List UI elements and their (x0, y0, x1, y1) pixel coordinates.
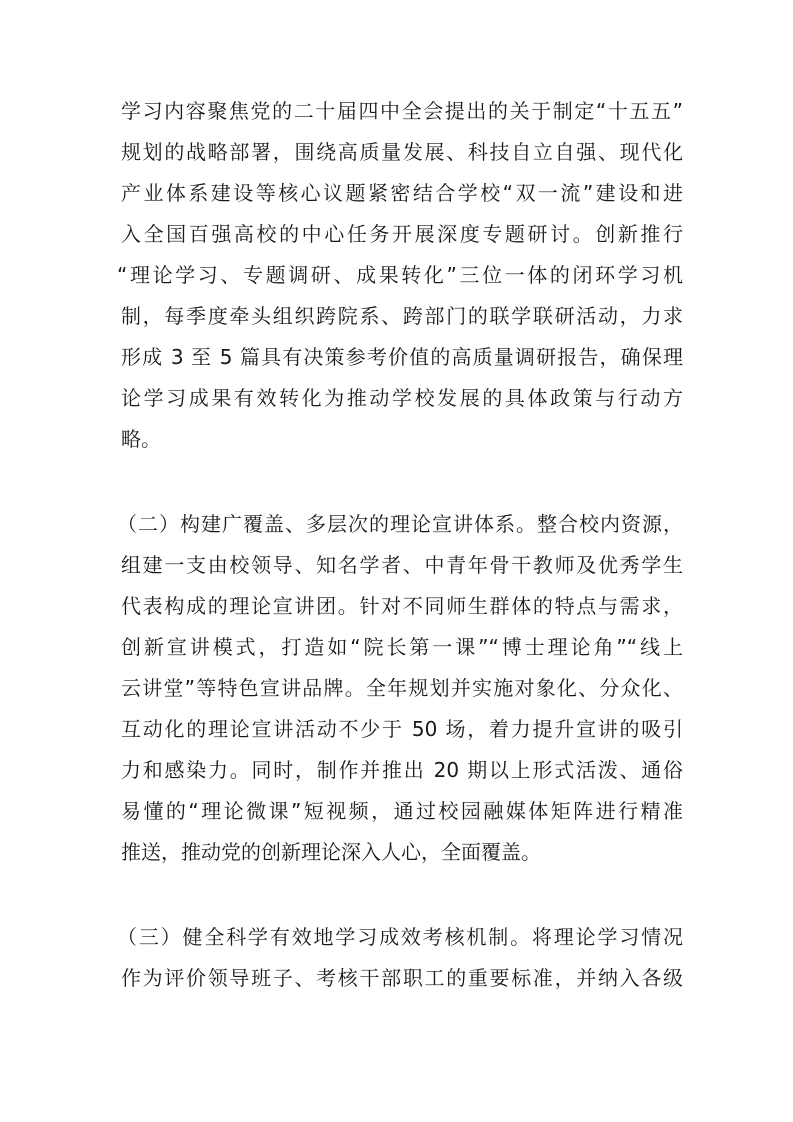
text-line: 形成 3 至 5 篇具有决策参考价值的高质量调研报告，确保理 (121, 345, 683, 369)
text-line: 云讲堂”等特色宣讲品牌。全年规划并实施对象化、分众化、 (121, 676, 683, 700)
document-page: 学习内容聚焦党的二十届四中全会提出的关于制定“十五五” 规划的战略部署，围绕高质… (0, 0, 793, 1122)
text-line: 推送，推动党的创新理论深入人心，全面覆盖。 (121, 840, 683, 864)
text-line: 创新宣讲模式，打造如“院长第一课”“博士理论角”“线上 (121, 635, 683, 659)
text-line: 论学习成果有效转化为推动学校发展的具体政策与行动方 (121, 386, 683, 410)
text-line: 易懂的“理论微课”短视频，通过校园融媒体矩阵进行精准 (121, 799, 683, 823)
text-line: 学习内容聚焦党的二十届四中全会提出的关于制定“十五五” (121, 99, 683, 123)
text-line: “理论学习、专题调研、成果转化”三位一体的闭环学习机 (117, 263, 683, 287)
text-line: 入全国百强高校的中心任务开展深度专题研讨。创新推行 (121, 222, 683, 246)
text-line: 制，每季度牵头组织跨院系、跨部门的联学联研活动，力求 (121, 304, 683, 328)
text-line: 规划的战略部署，围绕高质量发展、科技自立自强、现代化 (121, 140, 683, 164)
text-line: 代表构成的理论宣讲团。针对不同师生群体的特点与需求， (121, 594, 683, 618)
text-line: 互动化的理论宣讲活动不少于 50 场，着力提升宣讲的吸引 (121, 717, 683, 741)
text-line: 组建一支由校领导、知名学者、中青年骨干教师及优秀学生 (121, 553, 683, 577)
text-line: 力和感染力。同时，制作并推出 20 期以上形式活泼、通俗 (121, 758, 683, 782)
section-heading-line: （三）健全科学有效地学习成效考核机制。将理论学习情况 (117, 925, 683, 949)
text-line: 略。 (121, 427, 683, 451)
text-line: 作为评价领导班子、考核干部职工的重要标准，并纳入各级 (121, 966, 683, 990)
section-heading-line: （二）构建广覆盖、多层次的理论宣讲体系。整合校内资源， (117, 512, 683, 536)
text-line: 产业体系建设等核心议题紧密结合学校“双一流”建设和进 (121, 181, 683, 205)
